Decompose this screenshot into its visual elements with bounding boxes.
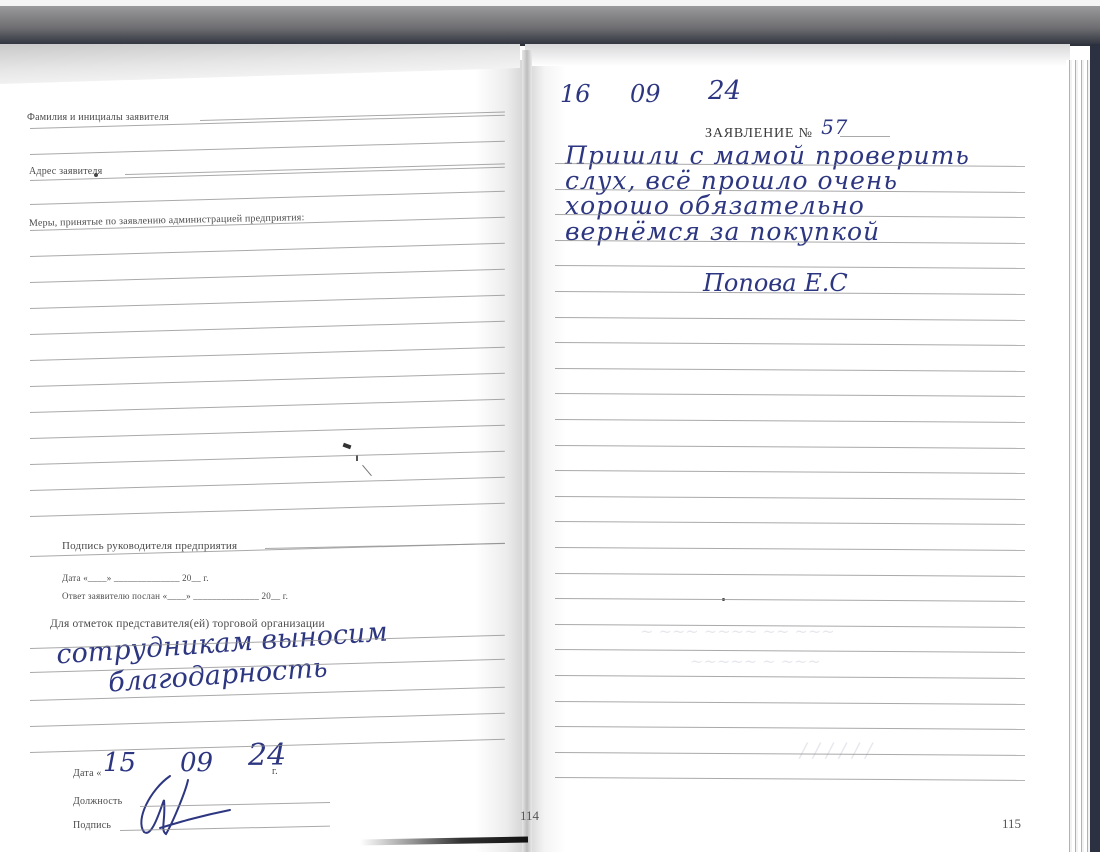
bottom-date-prefix: Дата « bbox=[73, 768, 102, 779]
right-page-shadow bbox=[525, 44, 1070, 66]
book-cover-top bbox=[0, 6, 1100, 46]
handwritten-statement-year: 24 bbox=[708, 76, 741, 106]
ink-mark bbox=[356, 455, 358, 461]
book-cover-right bbox=[1090, 44, 1100, 852]
bottom-date-suffix: г. bbox=[272, 766, 278, 777]
handwritten-date-year: 24 bbox=[248, 738, 286, 773]
left-page-number: 114 bbox=[520, 808, 539, 824]
ruled-line bbox=[840, 136, 890, 137]
statement-title: ЗАЯВЛЕНИЕ № 57 bbox=[705, 118, 848, 142]
book-spine bbox=[522, 50, 532, 852]
ink-dot bbox=[94, 173, 98, 177]
reply-sent-label: Ответ заявителю послан «____» __________… bbox=[62, 591, 288, 601]
date-label: Дата «____» ______________ 20__ г. bbox=[62, 573, 209, 583]
position-label: Должность bbox=[73, 796, 122, 807]
signature-label: Подпись bbox=[73, 820, 111, 831]
bleed-through-text: / / / / / / bbox=[800, 738, 872, 762]
bleed-through-text: ~~~~~ ~ ~~~ bbox=[690, 652, 821, 671]
handwritten-statement-day: 16 bbox=[560, 80, 591, 108]
applicant-address-label: Адрес заявителя bbox=[29, 166, 102, 177]
statement-title-prefix: ЗАЯВЛЕНИЕ № bbox=[705, 126, 813, 141]
handwritten-statement-month: 09 bbox=[630, 80, 661, 108]
right-page-number: 115 bbox=[1002, 816, 1021, 832]
applicant-name-label: Фамилия и инициалы заявителя bbox=[27, 112, 169, 123]
